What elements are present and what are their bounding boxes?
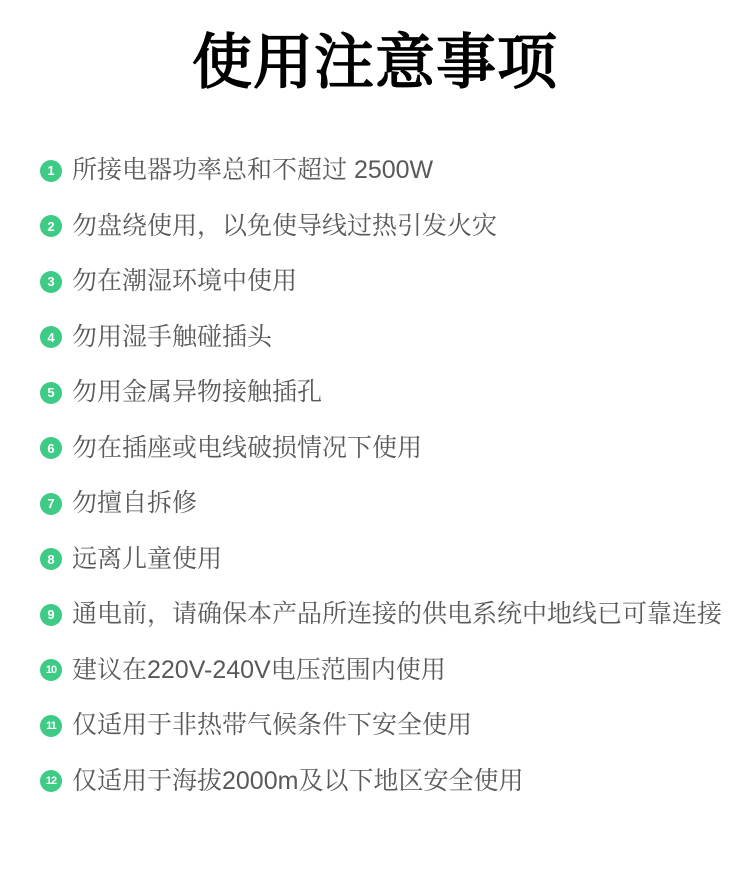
page-title: 使用注意事项 <box>0 0 750 98</box>
item-number-badge: 3 <box>40 271 62 293</box>
notice-text: 勿用湿手触碰插头 <box>72 321 272 354</box>
notice-text: 勿擅自拆修 <box>72 487 197 520</box>
item-number-badge: 9 <box>40 604 62 626</box>
notice-text: 勿用金属异物接触插孔 <box>72 376 322 409</box>
item-number-badge: 10 <box>40 659 62 681</box>
usage-notice-page: { "page": { "title": "使用注意事项", "backgrou… <box>0 0 750 873</box>
item-number-badge: 5 <box>40 382 62 404</box>
notice-text: 所接电器功率总和不超过 2500W <box>72 154 433 187</box>
list-item: 10建议在220V-240V电压范围内使用 <box>40 654 722 687</box>
notice-text: 勿盘绕使用，以免使导线过热引发火灾 <box>72 210 497 243</box>
notice-text: 仅适用于海拔2000m及以下地区安全使用 <box>72 765 523 798</box>
list-item: 2勿盘绕使用，以免使导线过热引发火灾 <box>40 210 722 243</box>
item-number-badge: 1 <box>40 160 62 182</box>
item-number-badge: 4 <box>40 326 62 348</box>
list-item: 11仅适用于非热带气候条件下安全使用 <box>40 709 722 742</box>
notice-text: 勿在潮湿环境中使用 <box>72 265 297 298</box>
list-item: 8远离儿童使用 <box>40 543 722 576</box>
notice-text: 通电前，请确保本产品所连接的供电系统中地线已可靠连接 <box>72 598 722 631</box>
notice-list: 1所接电器功率总和不超过 2500W2勿盘绕使用，以免使导线过热引发火灾3勿在潮… <box>0 154 750 798</box>
item-number-badge: 11 <box>40 715 62 737</box>
item-number-badge: 2 <box>40 215 62 237</box>
list-item: 1所接电器功率总和不超过 2500W <box>40 154 722 187</box>
list-item: 7勿擅自拆修 <box>40 487 722 520</box>
notice-text: 仅适用于非热带气候条件下安全使用 <box>72 709 472 742</box>
item-number-badge: 7 <box>40 493 62 515</box>
item-number-badge: 8 <box>40 548 62 570</box>
notice-text: 远离儿童使用 <box>72 543 222 576</box>
notice-text: 勿在插座或电线破损情况下使用 <box>72 432 422 465</box>
list-item: 5勿用金属异物接触插孔 <box>40 376 722 409</box>
list-item: 6勿在插座或电线破损情况下使用 <box>40 432 722 465</box>
list-item: 12仅适用于海拔2000m及以下地区安全使用 <box>40 765 722 798</box>
list-item: 4勿用湿手触碰插头 <box>40 321 722 354</box>
notice-text: 建议在220V-240V电压范围内使用 <box>72 654 446 687</box>
list-item: 9通电前，请确保本产品所连接的供电系统中地线已可靠连接 <box>40 598 722 631</box>
item-number-badge: 12 <box>40 770 62 792</box>
item-number-badge: 6 <box>40 437 62 459</box>
list-item: 3勿在潮湿环境中使用 <box>40 265 722 298</box>
